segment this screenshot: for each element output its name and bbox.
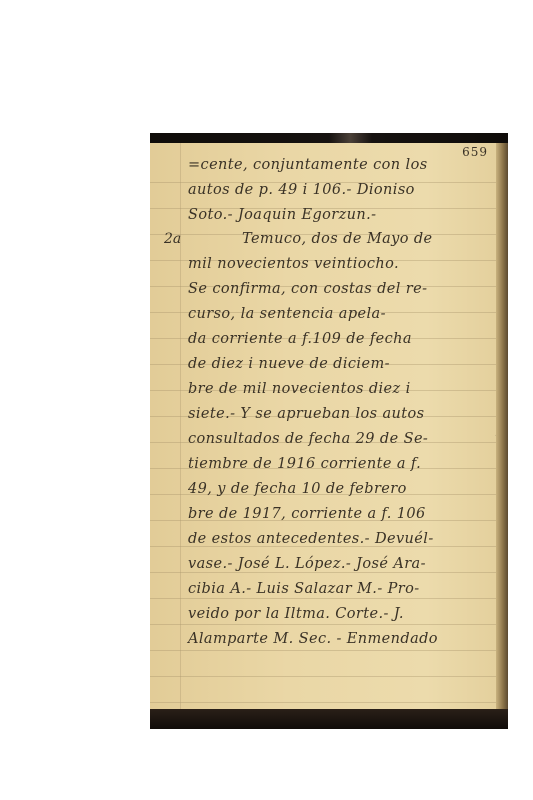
- page-edge: [496, 143, 508, 711]
- lower-content: [150, 133, 496, 729]
